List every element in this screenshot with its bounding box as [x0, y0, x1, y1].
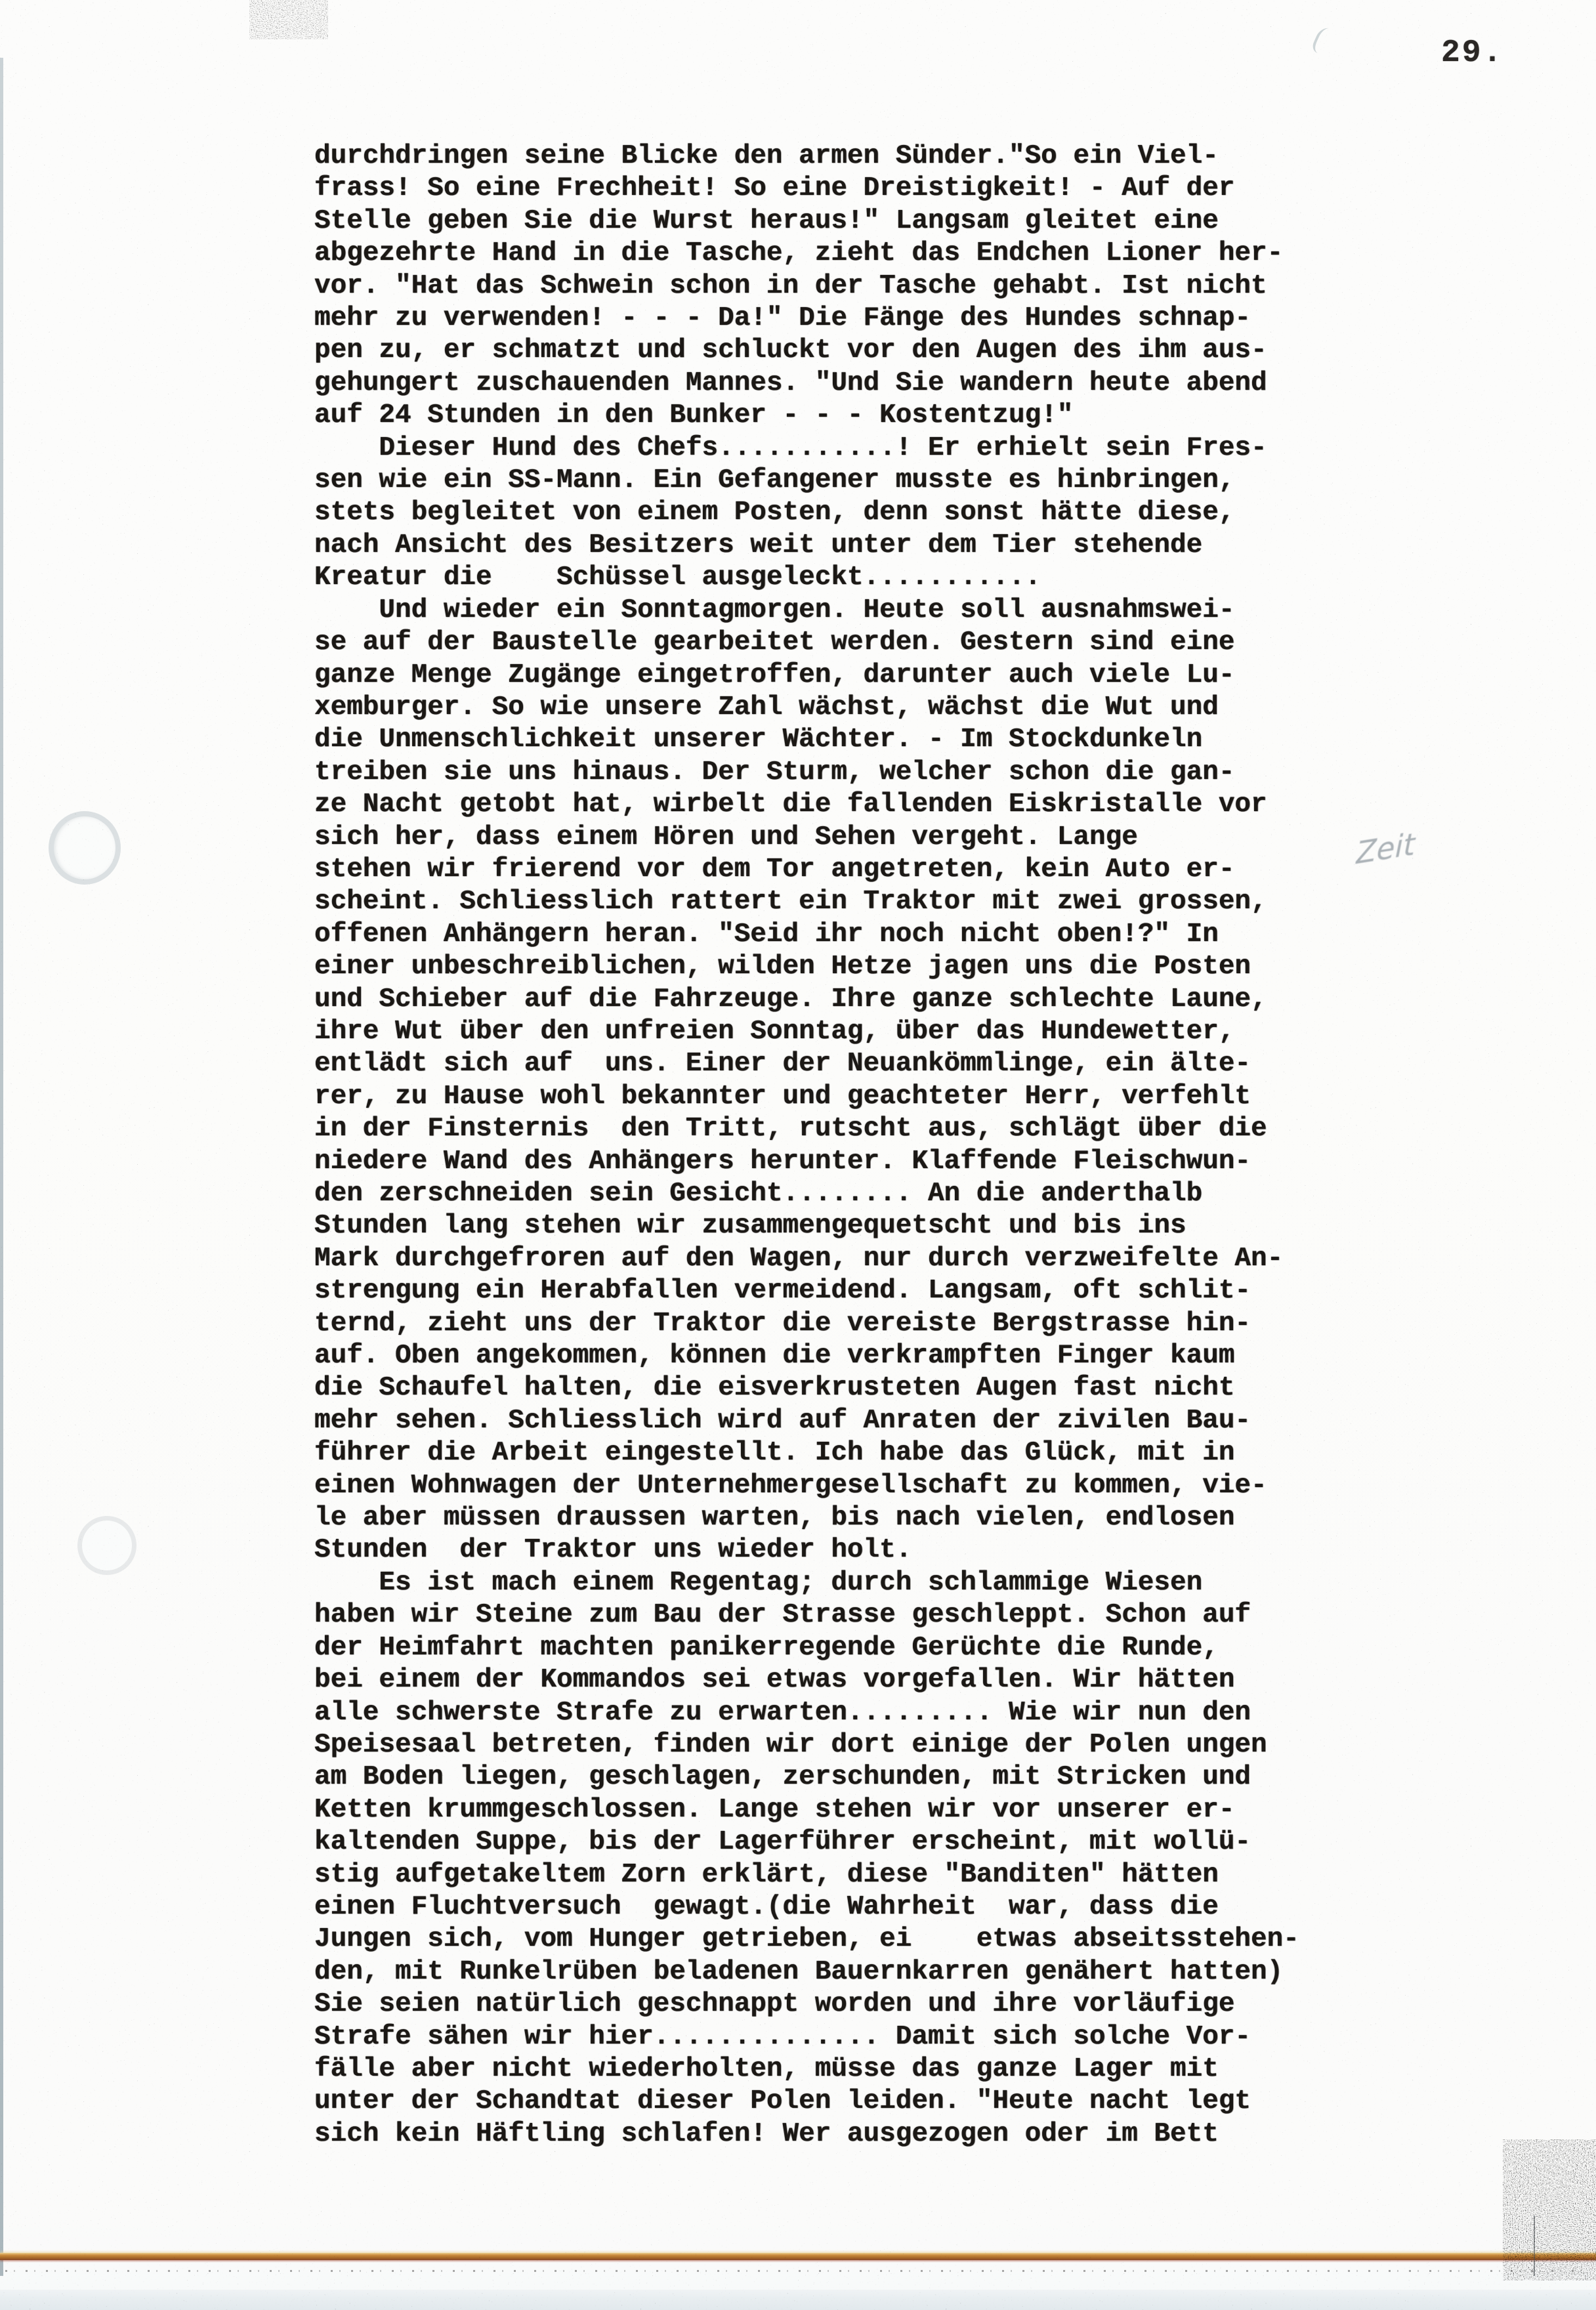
text-line: ganze Menge Zugänge eingetroffen, darunt…	[314, 660, 1338, 692]
text-line: gehungert zuschauenden Mannes. "Und Sie …	[314, 367, 1338, 400]
text-line: die Unmenschlichkeit unserer Wächter. - …	[314, 724, 1338, 756]
text-line: ze Nacht getobt hat, wirbelt die fallend…	[314, 789, 1338, 821]
text-line: Mark durchgefroren auf den Wagen, nur du…	[314, 1243, 1338, 1275]
text-line: sich her, dass einem Hören und Sehen ver…	[314, 822, 1338, 854]
text-line: strengung ein Herabfallen vermeidend. La…	[314, 1275, 1338, 1307]
text-line: ihre Wut über den unfreien Sonntag, über…	[314, 1016, 1338, 1048]
text-line: auf. Oben angekommen, können die verkram…	[314, 1340, 1338, 1372]
scanned-document-page: 29. durchdringen seine Blicke den armen …	[0, 0, 1596, 2310]
text-line: unter der Schandtat dieser Polen leiden.…	[314, 2086, 1338, 2118]
text-line: vor. "Hat das Schwein schon in der Tasch…	[314, 270, 1338, 303]
text-line: entlädt sich auf uns. Einer der Neuanköm…	[314, 1048, 1338, 1080]
text-line: frass! So eine Frechheit! So eine Dreist…	[314, 173, 1338, 205]
text-line: sen wie ein SS-Mann. Ein Gefangener muss…	[314, 465, 1338, 497]
typewritten-text-block: durchdringen seine Blicke den armen Sünd…	[314, 140, 1338, 2151]
text-line: haben wir Steine zum Bau der Strasse ges…	[314, 1599, 1338, 1631]
text-line: sich kein Häftling schlafen! Wer ausgezo…	[314, 2118, 1338, 2151]
text-line: Stelle geben Sie die Wurst heraus!" Lang…	[314, 205, 1338, 238]
text-line: treiben sie uns hinaus. Der Sturm, welch…	[314, 757, 1338, 789]
text-line: Jungen sich, vom Hunger getrieben, ei et…	[314, 1923, 1338, 1956]
text-line: xemburger. So wie unsere Zahl wächst, wä…	[314, 692, 1338, 724]
text-line: se auf der Baustelle gearbeitet werden. …	[314, 627, 1338, 659]
text-line: Kreatur die Schüssel ausgeleckt.........…	[314, 562, 1338, 594]
text-line: pen zu, er schmatzt und schluckt vor den…	[314, 335, 1338, 367]
text-line: offenen Anhängern heran. "Seid ihr noch …	[314, 919, 1338, 951]
text-line: ternd, zieht uns der Traktor die vereist…	[314, 1308, 1338, 1340]
text-line: führer die Arbeit eingestellt. Ich habe …	[314, 1437, 1338, 1469]
punch-hole-shadow	[77, 1516, 136, 1575]
handwritten-annotation: Zeit	[1356, 826, 1415, 871]
text-line: fälle aber nicht wiederholten, müsse das…	[314, 2053, 1338, 2086]
scan-bottom-band	[0, 2290, 1596, 2310]
text-line: einen Fluchtversuch gewagt.(die Wahrheit…	[314, 1891, 1338, 1923]
text-line: stehen wir frierend vor dem Tor angetret…	[314, 854, 1338, 886]
scan-artifact-mark	[1309, 26, 1343, 56]
text-line: alle schwerste Strafe zu erwarten.......…	[314, 1697, 1338, 1729]
text-line: kaltenden Suppe, bis der Lagerführer ers…	[314, 1826, 1338, 1858]
text-line: den, mit Runkelrüben beladenen Bauernkar…	[314, 1956, 1338, 1988]
text-line: Stunden der Traktor uns wieder holt.	[314, 1534, 1338, 1566]
scan-artifact-vertical-line	[1534, 2215, 1535, 2276]
text-line: scheint. Schliesslich rattert ein Trakto…	[314, 886, 1338, 918]
scan-edge-line	[0, 58, 3, 2276]
text-line: Es ist mach einem Regentag; durch schlam…	[314, 1567, 1338, 1599]
text-line: einen Wohnwagen der Unternehmergesellsch…	[314, 1470, 1338, 1502]
scan-artifact-orange-line	[0, 2253, 1596, 2260]
text-line: in der Finsternis den Tritt, rutscht aus…	[314, 1113, 1338, 1145]
text-line: stig aufgetakeltem Zorn erklärt, diese "…	[314, 1859, 1338, 1891]
text-line: le aber müssen draussen warten, bis nach…	[314, 1502, 1338, 1534]
text-line: abgezehrte Hand in die Tasche, zieht das…	[314, 238, 1338, 270]
text-line: nach Ansicht des Besitzers weit unter de…	[314, 530, 1338, 562]
text-line: Speisesaal betreten, finden wir dort ein…	[314, 1729, 1338, 1761]
text-line: und Schieber auf die Fahrzeuge. Ihre gan…	[314, 984, 1338, 1016]
punch-hole-shadow	[49, 811, 121, 885]
text-line: Ketten krummgeschlossen. Lange stehen wi…	[314, 1794, 1338, 1826]
text-line: die Schaufel halten, die eisverkrusteten…	[314, 1372, 1338, 1404]
text-line: auf 24 Stunden in den Bunker - - - Koste…	[314, 400, 1338, 432]
text-line: Und wieder ein Sonntagmorgen. Heute soll…	[314, 595, 1338, 627]
text-line: Dieser Hund des Chefs...........! Er erh…	[314, 432, 1338, 465]
text-line: Sie seien natürlich geschnappt worden un…	[314, 1988, 1338, 2021]
text-line: stets begleitet von einem Posten, denn s…	[314, 497, 1338, 529]
text-line: bei einem der Kommandos sei etwas vorgef…	[314, 1664, 1338, 1696]
page-number: 29.	[1441, 35, 1503, 71]
text-line: rer, zu Hause wohl bekannter und geachte…	[314, 1081, 1338, 1113]
text-line: Stunden lang stehen wir zusammengequetsc…	[314, 1210, 1338, 1242]
text-line: am Boden liegen, geschlagen, zerschunden…	[314, 1761, 1338, 1794]
text-line: Strafe sähen wir hier.............. Dami…	[314, 2021, 1338, 2053]
text-line: durchdringen seine Blicke den armen Sünd…	[314, 140, 1338, 173]
text-line: mehr sehen. Schliesslich wird auf Anrate…	[314, 1405, 1338, 1437]
text-line: einer unbeschreiblichen, wilden Hetze ja…	[314, 951, 1338, 983]
text-line: den zerschneiden sein Gesicht........ An…	[314, 1178, 1338, 1210]
text-line: mehr zu verwenden! - - - Da!" Die Fänge …	[314, 303, 1338, 335]
scan-artifact-dotted-line	[5, 2270, 1580, 2272]
text-line: niedere Wand des Anhängers herunter. Kla…	[314, 1146, 1338, 1178]
text-line: der Heimfahrt machten panikerregende Ger…	[314, 1632, 1338, 1664]
